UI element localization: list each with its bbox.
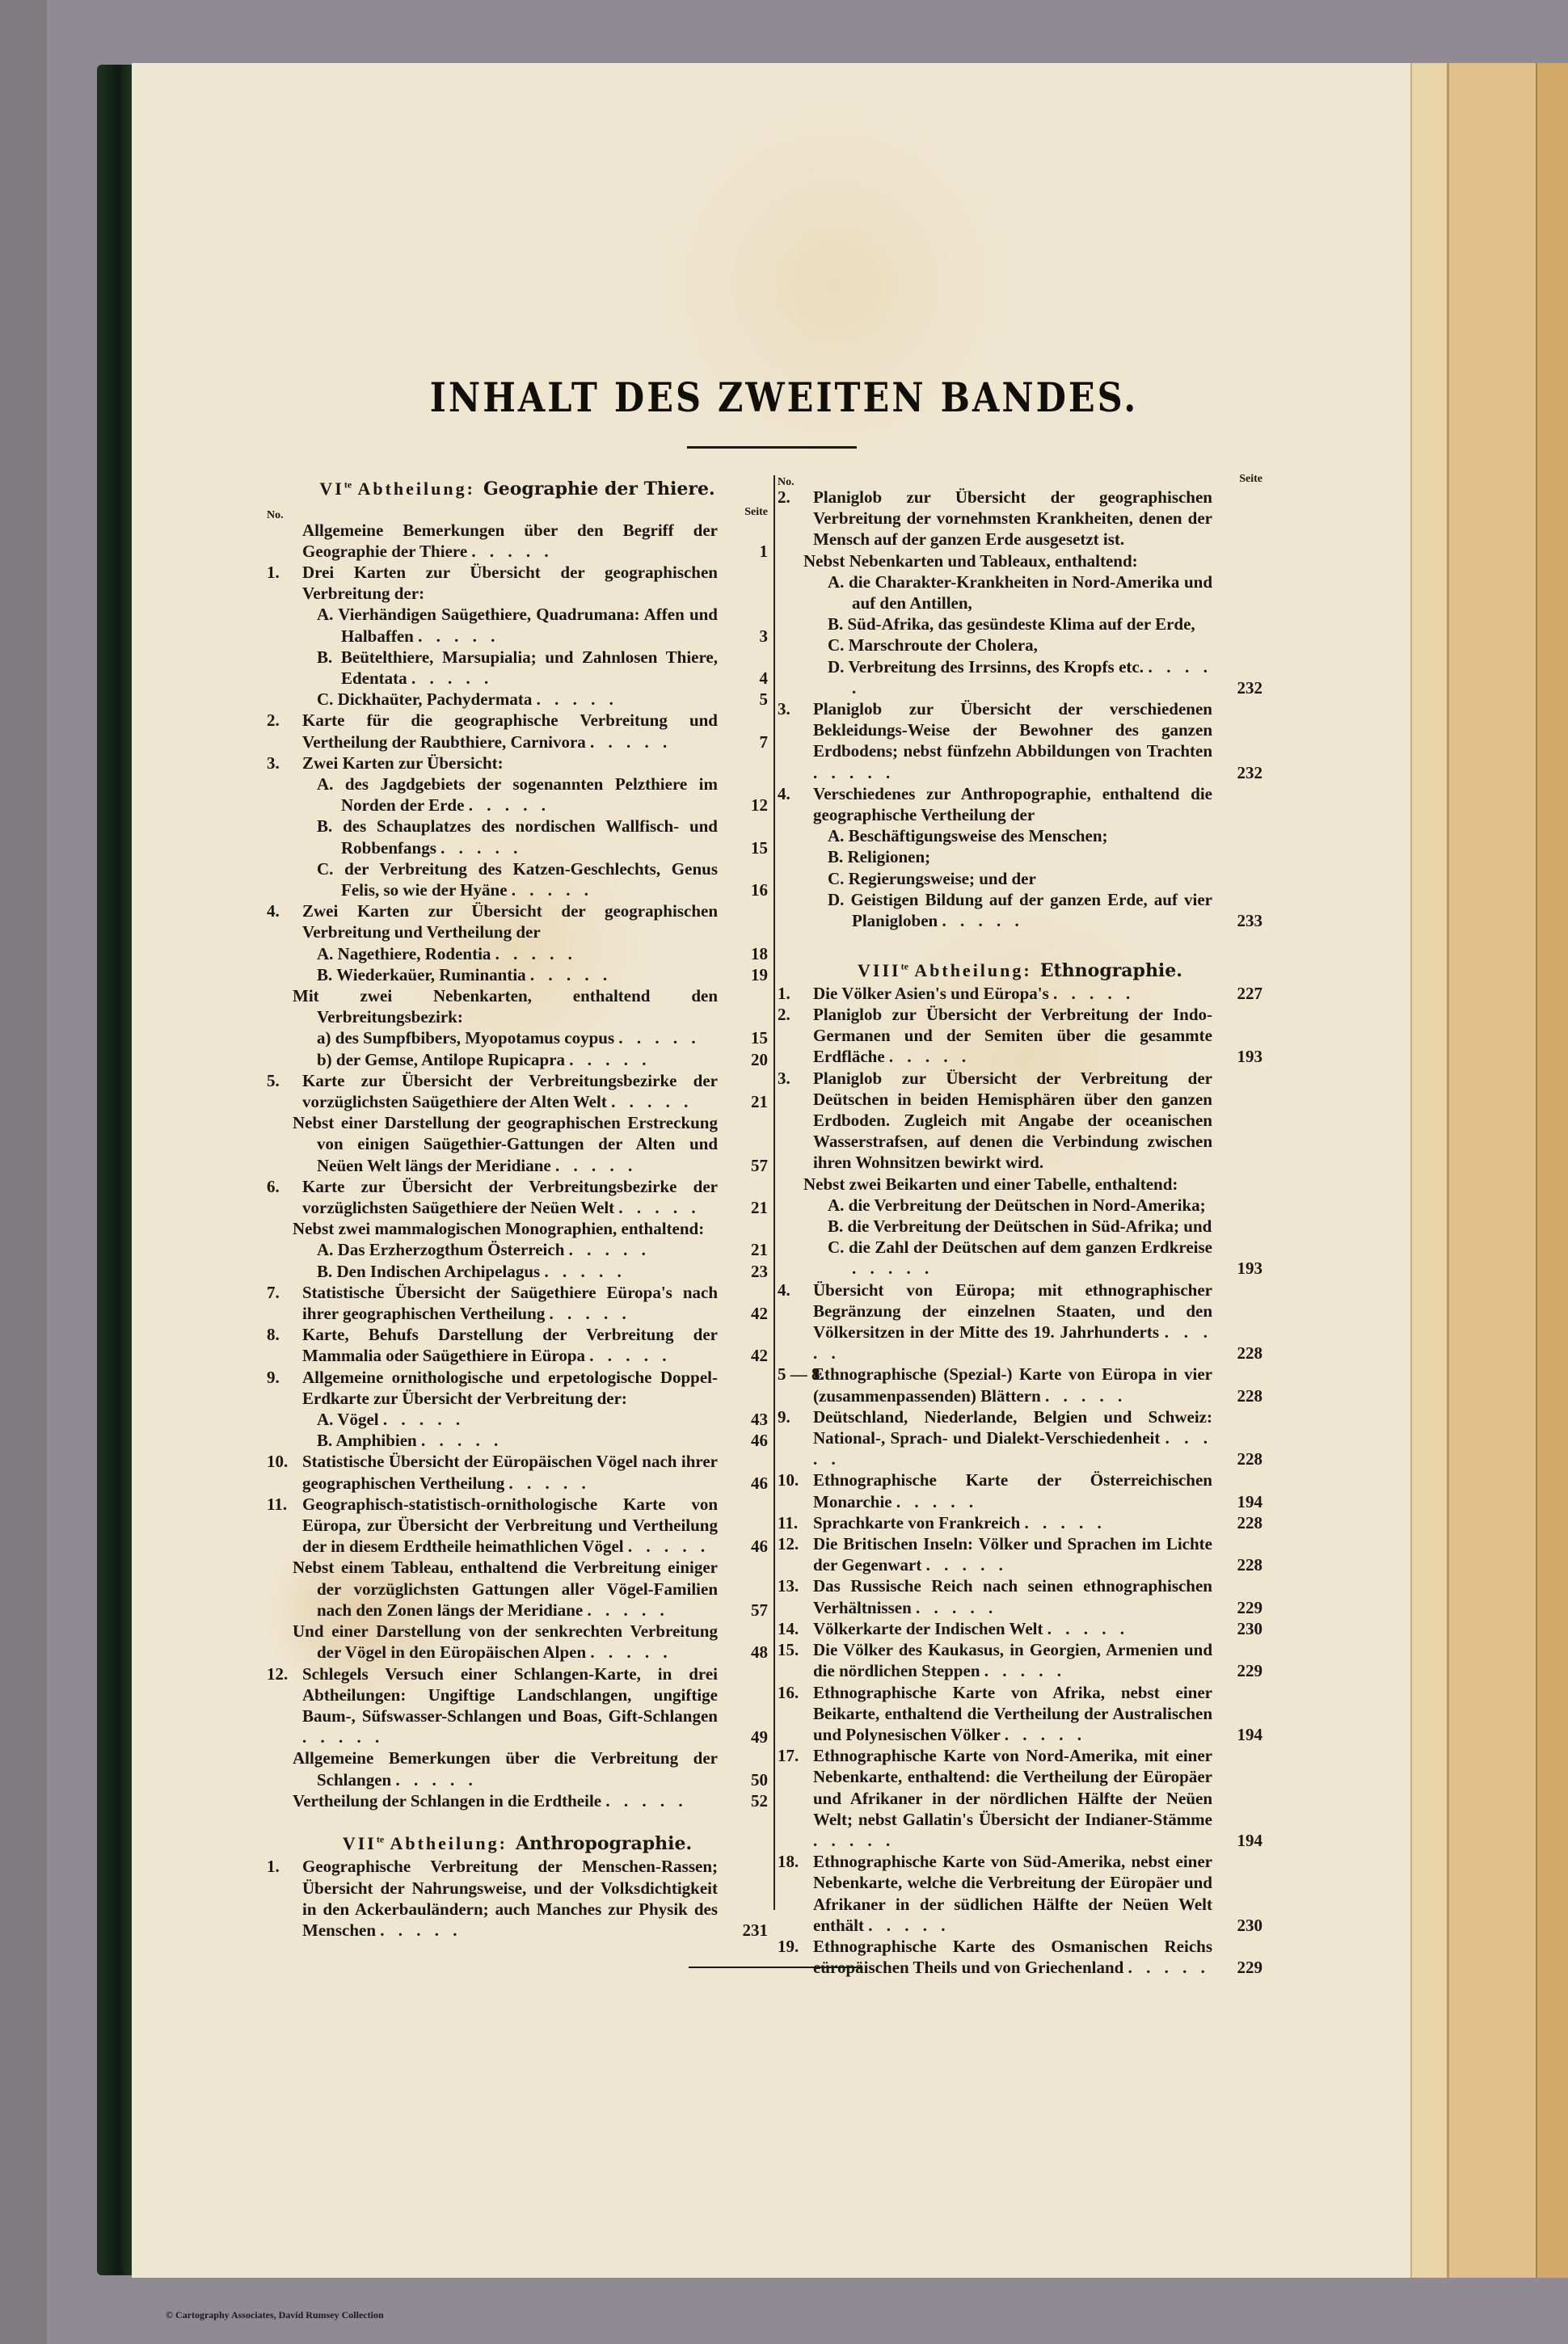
toc-entry: 3.Planiglob zur Übersicht der verschiede… [778,698,1262,783]
entry-text: a) des Sumpfbibers, Myopotamus coypus . … [267,1027,718,1048]
section-ordinal: VI [319,478,344,499]
entry-number: 16. [778,1682,799,1703]
entry-page-number: 194 [1217,1491,1262,1512]
entry-page-number: 57 [723,1155,768,1176]
entry-text: Statistische Übersicht der Saügethiere E… [267,1282,718,1324]
entry-text: Nebst zwei mammalogischen Monographien, … [267,1218,718,1239]
leader-dots: . . . . . [590,1642,672,1662]
toc-entry: 4.Übersicht von Eüropa; mit ethnographis… [778,1280,1262,1364]
entry-text: Verschiedenes zur Anthropographie, entha… [778,783,1212,825]
entry-page-number: 52 [723,1790,768,1811]
entry-text: Karte für die geographische Verbreitung … [267,710,718,752]
leader-dots: . . . . . [926,1555,1008,1575]
entry-text: Zwei Karten zur Übersicht der geographis… [267,900,718,942]
toc-entry: 7.Statistische Übersicht der Saügethiere… [267,1282,768,1324]
leader-dots: . . . . . [1128,1958,1210,1977]
toc-entry: 3.Planiglob zur Übersicht der Verbreitun… [778,1068,1262,1174]
entry-text: Karte zur Übersicht der Verbreitungsbezi… [267,1176,718,1218]
entry-text: C. der Verbreitung des Katzen-Geschlecht… [267,858,718,900]
entry-number: 9. [778,1406,790,1427]
toc-entry: 2.Karte für die geographische Verbreitun… [267,710,768,752]
toc-entry: Nebst einem Tableau, enthaltend die Verb… [267,1557,768,1621]
leader-dots: . . . . . [421,1431,503,1450]
toc-entry: 4.Zwei Karten zur Übersicht der geograph… [267,900,768,942]
entry-page-number: 46 [723,1473,768,1494]
leader-dots: . . . . . [1045,1386,1127,1406]
entry-text: Planiglob zur Übersicht der geographisch… [778,487,1212,550]
entry-page-number: 194 [1217,1724,1262,1745]
section-name: Ethnographie. [1040,960,1182,981]
entry-page-number: 232 [1217,677,1262,698]
toc-entry: 9.Deütschland, Niederlande, Belgien und … [778,1406,1262,1470]
leader-dots: . . . . . [590,732,672,752]
toc-entry: 2.Planiglob zur Übersicht der geographis… [778,487,1262,550]
entry-number: 1. [267,1856,280,1877]
entry-page-number: 229 [1217,1597,1262,1618]
entry-page-number: 12 [723,795,768,816]
section-label: Abtheilung: [357,478,474,499]
toc-entry: B. Den Indischen Archipelagus . . . . .2… [267,1261,768,1282]
leader-dots: . . . . . [852,657,1212,698]
entry-text: Geographisch-statistisch-ornithologische… [267,1494,718,1558]
entry-number: 11. [267,1494,287,1515]
entry-number: 12. [778,1533,799,1554]
entry-number: 13. [778,1575,799,1596]
leader-dots: . . . . . [440,838,522,858]
leader-dots: . . . . . [509,1473,591,1493]
entry-page-number: 233 [1217,910,1262,931]
entry-page-number: 7 [723,731,768,753]
toc-entry: A. Vögel . . . . .43 [267,1409,768,1430]
toc-entry: C. Regierungsweise; und der [778,868,1262,889]
entry-text: Deütschland, Niederlande, Belgien und Sc… [778,1406,1212,1470]
toc-entry: 8.Karte, Behufs Darstellung der Verbreit… [267,1324,768,1366]
ordinal-suffix: te [377,1834,384,1845]
entry-page-number: 230 [1217,1915,1262,1936]
entry-page-number: 229 [1217,1660,1262,1681]
leader-dots: . . . . . [628,1537,710,1556]
toc-entry: 2.Planiglob zur Übersicht der Verbreitun… [778,1004,1262,1068]
toc-entry: C. Marschroute der Cholera, [778,634,1262,656]
leader-dots: . . . . . [852,1258,934,1278]
entry-page-number: 19 [723,964,768,985]
entry-text: Geographische Verbreitung der Menschen-R… [267,1856,718,1941]
entry-number: 3. [778,698,790,719]
entry-number: 6. [267,1176,280,1197]
leader-dots: . . . . . [495,944,577,963]
entry-page-number: 21 [723,1239,768,1260]
entry-text: Vertheilung der Schlangen in die Erdthei… [267,1790,718,1811]
toc-entry: A. Beschäftigungsweise des Menschen; [778,825,1262,846]
entry-number: 4. [778,1280,790,1301]
entry-text: Und einer Darstellung von der senkrechte… [267,1621,718,1663]
leader-dots: . . . . . [569,1050,651,1069]
toc-entry: 18.Ethnographische Karte von Süd-Amerika… [778,1851,1262,1936]
entry-number: 4. [267,900,280,921]
entry-text: D. Geistigen Bildung auf der ganzen Erde… [778,889,1212,931]
entry-number: 1. [267,562,280,583]
entry-text: Mit zwei Nebenkarten, enthaltend den Ver… [267,985,718,1027]
entry-page-number: 46 [723,1430,768,1451]
column-header: No. Seite [267,502,768,520]
entry-page-number: 229 [1217,1957,1262,1978]
toc-entry: B. Wiederkaüer, Ruminantia . . . . .19 [267,964,768,985]
toc-entry: Allgemeine Bemerkungen über den Begriff … [267,520,768,562]
entry-number: 4. [778,783,790,804]
toc-entry: B. Amphibien . . . . .46 [267,1430,768,1451]
toc-column-left: VIte Abtheilung:Geographie der Thiere. N… [267,471,768,1941]
toc-entry: Nebst zwei Beikarten und einer Tabelle, … [778,1174,1262,1195]
entry-number: 14. [778,1618,799,1639]
entry-text: Das Russische Reich nach seinen ethnogra… [778,1575,1212,1617]
entry-number: 11. [778,1512,798,1533]
leader-dots: . . . . . [605,1791,687,1811]
toc-entry: Allgemeine Bemerkungen über die Verbreit… [267,1747,768,1790]
entry-page-number: 20 [723,1049,768,1070]
entry-number: 18. [778,1851,799,1872]
section-ordinal: VII [343,1833,377,1853]
toc-entry: Und einer Darstellung von der senkrechte… [267,1621,768,1663]
entry-text: Ethnographische (Spezial-) Karte von Eür… [778,1364,1212,1406]
toc-entry: 11.Sprachkarte von Frankreich . . . . .2… [778,1512,1262,1533]
toc-entry: A. Vierhändigen Saügethiere, Quadrumana:… [267,604,768,646]
toc-entry: Nebst zwei mammalogischen Monographien, … [267,1218,768,1239]
entry-page-number: 3 [723,626,768,647]
entry-text: Zwei Karten zur Übersicht: [267,753,718,774]
toc-entry: A. Das Erzherzogthum Österreich . . . . … [267,1239,768,1260]
entry-text: C. Regierungsweise; und der [778,868,1212,889]
toc-entry: 10.Statistische Übersicht der Eüropäisch… [267,1451,768,1493]
entry-number: 15. [778,1639,799,1660]
entry-text: Planiglob zur Übersicht der Verbreitung … [778,1004,1212,1068]
toc-entry: 14.Völkerkarte der Indischen Welt . . . … [778,1618,1262,1639]
toc-entry: A. Nagethiere, Rodentia . . . . .18 [267,943,768,964]
entry-number: 19. [778,1936,799,1957]
entry-text: Nebst zwei Beikarten und einer Tabelle, … [778,1174,1212,1195]
toc-entry: Vertheilung der Schlangen in die Erdthei… [267,1790,768,1811]
entry-number: 2. [267,710,280,731]
entry-number: 5. [267,1070,280,1091]
leader-dots: . . . . . [1025,1513,1106,1532]
entry-text: B. die Verbreitung der Deütschen in Süd-… [778,1216,1212,1237]
entry-page-number: 15 [723,837,768,858]
ordinal-suffix: te [901,960,908,972]
leader-dots: . . . . . [618,1198,700,1217]
leader-dots: . . . . . [813,763,895,782]
leader-dots: . . . . . [896,1492,978,1511]
entry-text: Ethnographische Karte von Süd-Amerika, n… [778,1851,1212,1936]
leader-dots: . . . . . [512,880,593,900]
entry-text: Ethnographische Karte des Osmanischen Re… [778,1936,1212,1978]
entry-number: 10. [267,1451,288,1472]
entry-number: 5 — 8. [778,1364,824,1385]
entry-text: Ethnographische Karte von Nord-Amerika, … [778,1745,1212,1851]
toc-entry: 17.Ethnographische Karte von Nord-Amerik… [778,1745,1262,1851]
leader-dots: . . . . . [942,911,1023,930]
toc-entry: 12.Die Britischen Inseln: Völker und Spr… [778,1533,1262,1575]
toc-entry: 9.Allgemeine ornithologische und erpetol… [267,1367,768,1409]
entry-number: 12. [267,1663,288,1684]
entry-page-number: 193 [1217,1046,1262,1067]
entry-number: 3. [778,1068,790,1089]
toc-entry: 11.Geographisch-statistisch-ornithologis… [267,1494,768,1558]
entry-page-number: 42 [723,1345,768,1366]
entry-number: 17. [778,1745,799,1766]
toc-column-right: No. Seite 2.Planiglob zur Übersicht der … [778,469,1262,1978]
entry-text: Die Völker des Kaukasus, in Georgien, Ar… [778,1639,1212,1681]
entry-page-number: 228 [1217,1343,1262,1364]
entry-text: B. Wiederkaüer, Ruminantia . . . . . [267,964,718,985]
section-name: Anthropographie. [516,1833,692,1854]
section-heading-viii: VIIIte Abtheilung:Ethnographie. [778,955,1262,981]
leader-dots: . . . . . [1053,984,1135,1003]
entry-page-number: 49 [723,1726,768,1747]
entry-number: 9. [267,1367,280,1388]
toc-entry: B. des Schauplatzes des nordischen Wallf… [267,816,768,858]
entry-page-number: 231 [723,1920,768,1941]
entry-number: 7. [267,1282,280,1303]
toc-entries-viii: 1.Die Völker Asien's und Eüropa's . . . … [778,983,1262,1979]
entry-text: A. Vögel . . . . . [267,1409,718,1430]
entry-text: A. die Verbreitung der Deütschen in Nord… [778,1195,1212,1216]
leader-dots: . . . . . [889,1047,971,1066]
toc-entry: 12.Schlegels Versuch einer Schlangen-Kar… [267,1663,768,1748]
entry-page-number: 228 [1217,1554,1262,1575]
toc-entry: Nebst Nebenkarten und Tableaux, enthalte… [778,550,1262,571]
entry-text: Allgemeine ornithologische und erpetolog… [267,1367,718,1409]
leader-dots: . . . . . [813,1831,895,1850]
entry-page-number: 57 [723,1600,768,1621]
entry-text: Karte zur Übersicht der Verbreitungsbezi… [267,1070,718,1112]
entry-text: Nebst einer Darstellung der geographisch… [267,1112,718,1176]
toc-entry: 5 — 8.Ethnographische (Spezial-) Karte v… [778,1364,1262,1406]
toc-entry: 5.Karte zur Übersicht der Verbreitungsbe… [267,1070,768,1112]
leader-dots: . . . . . [868,1916,950,1935]
entry-page-number: 228 [1217,1512,1262,1533]
leader-dots: . . . . . [302,1727,384,1747]
toc-entry: B. Süd-Afrika, das gesündeste Klima auf … [778,613,1262,634]
entry-page-number: 16 [723,879,768,900]
toc-entries-vi: Allgemeine Bemerkungen über den Begriff … [267,520,768,1811]
entry-text: Übersicht von Eüropa; mit ethnographisch… [778,1280,1212,1364]
leader-dots: . . . . . [550,1304,631,1323]
entry-text: Planiglob zur Übersicht der Verbreitung … [778,1068,1212,1174]
entry-page-number: 46 [723,1536,768,1557]
entry-page-number: 194 [1217,1830,1262,1851]
leader-dots: . . . . . [587,1600,668,1620]
toc-entry: C. der Verbreitung des Katzen-Geschlecht… [267,858,768,900]
entry-page-number: 21 [723,1091,768,1112]
entry-text: C. die Zahl der Deütschen auf dem ganzen… [778,1237,1212,1279]
section-heading-vii: VIIte Abtheilung:Anthropographie. [267,1829,768,1855]
toc-entry: 3.Zwei Karten zur Übersicht: [267,753,768,774]
leader-dots: . . . . . [469,795,550,815]
section-label: Abtheilung: [390,1833,507,1853]
entry-page-number: 228 [1217,1385,1262,1406]
leader-dots: . . . . . [380,1920,462,1940]
toc-entry: Mit zwei Nebenkarten, enthaltend den Ver… [267,985,768,1027]
entry-text: A. Nagethiere, Rodentia . . . . . [267,943,718,964]
leader-dots: . . . . . [471,542,553,561]
copyright-credit: © Cartography Associates, David Rumsey C… [166,2309,384,2321]
entry-page-number: 193 [1217,1258,1262,1279]
leader-dots: . . . . . [589,1346,671,1365]
toc-entry: A. des Jagdgebiets der sogenannten Pelzt… [267,774,768,816]
entry-number: 10. [778,1469,799,1490]
entry-text: B. des Schauplatzes des nordischen Wallf… [267,816,718,858]
toc-entry: B. die Verbreitung der Deütschen in Süd-… [778,1216,1262,1237]
entry-text: A. Das Erzherzogthum Österreich . . . . … [267,1239,718,1260]
entry-text: B. Süd-Afrika, das gesündeste Klima auf … [778,613,1212,634]
entry-text: Planiglob zur Übersicht der verschiedene… [778,698,1212,783]
entry-page-number: 43 [723,1409,768,1430]
toc-entry: 4.Verschiedenes zur Anthropographie, ent… [778,783,1262,825]
entry-page-number: 18 [723,943,768,964]
entry-text: Statistische Übersicht der Eüropäischen … [267,1451,718,1493]
entry-text: A. Vierhändigen Saügethiere, Quadrumana:… [267,604,718,646]
toc-entry: 10.Ethnographische Karte der Österreichi… [778,1469,1262,1511]
toc-entry: 6.Karte zur Übersicht der Verbreitungsbe… [267,1176,768,1218]
entry-text: Allgemeine Bemerkungen über die Verbreit… [267,1747,718,1790]
entry-text: Nebst Nebenkarten und Tableaux, enthalte… [778,550,1212,571]
leader-dots: . . . . . [569,1240,651,1259]
entry-text: Ethnographische Karte der Österreichisch… [778,1469,1212,1511]
entry-page-number: 228 [1217,1448,1262,1469]
leader-dots: . . . . . [544,1262,626,1281]
entry-text: A. des Jagdgebiets der sogenannten Pelzt… [267,774,718,816]
entry-page-number: 23 [723,1261,768,1282]
leader-dots: . . . . . [916,1598,997,1617]
leader-dots: . . . . . [555,1156,637,1175]
entry-number: 2. [778,487,790,508]
toc-entry: A. die Charakter-Krankheiten in Nord-Ame… [778,571,1262,613]
entry-text: Allgemeine Bemerkungen über den Begriff … [267,520,718,562]
entry-page-number: 232 [1217,762,1262,783]
column-divider [773,475,775,1910]
toc-entry: B. Religionen; [778,846,1262,867]
entry-text: Drei Karten zur Übersicht der geographis… [267,562,718,604]
toc-entry: Nebst einer Darstellung der geographisch… [267,1112,768,1176]
toc-entry: 1.Geographische Verbreitung der Menschen… [267,1856,768,1941]
entry-number: 1. [778,983,790,1004]
entry-number: 3. [267,753,280,774]
leader-dots: . . . . . [530,965,612,984]
entry-page-number: 42 [723,1303,768,1324]
section-heading-vi: VIte Abtheilung:Geographie der Thiere. [267,474,768,500]
entry-page-number: 50 [723,1769,768,1790]
entry-page-number: 1 [723,541,768,562]
toc-entry: b) der Gemse, Antilope Rupicapra . . . .… [267,1049,768,1070]
leader-dots: . . . . . [984,1661,1066,1680]
leader-dots: . . . . . [411,668,493,688]
leader-dots: . . . . . [395,1770,477,1790]
entry-text: Schlegels Versuch einer Schlangen-Karte,… [267,1663,718,1748]
toc-entries-vii-start: 1.Geographische Verbreitung der Menschen… [267,1856,768,1941]
entry-page-number: 230 [1217,1618,1262,1639]
toc-entry: D. Geistigen Bildung auf der ganzen Erde… [778,889,1262,931]
toc-entry: 15.Die Völker des Kaukasus, in Georgien,… [778,1639,1262,1681]
section-label: Abtheilung: [914,960,1031,980]
ordinal-suffix: te [344,479,352,491]
section-ordinal: VIII [858,960,901,980]
entry-text: b) der Gemse, Antilope Rupicapra . . . .… [267,1049,718,1070]
toc-entry: D. Verbreitung des Irrsinns, des Kropfs … [778,656,1262,698]
toc-entry: C. die Zahl der Deütschen auf dem ganzen… [778,1237,1262,1279]
toc-entry: B. Beütelthiere, Marsupialia; und Zahnlo… [267,647,768,689]
entry-text: Die Britischen Inseln: Völker und Sprach… [778,1533,1212,1575]
entry-text: Die Völker Asien's und Eüropa's . . . . … [778,983,1212,1004]
toc-entry: a) des Sumpfbibers, Myopotamus coypus . … [267,1027,768,1048]
toc-entry: 13.Das Russische Reich nach seinen ethno… [778,1575,1262,1617]
entry-text: B. Amphibien . . . . . [267,1430,718,1451]
entry-text: B. Beütelthiere, Marsupialia; und Zahnlo… [267,647,718,689]
section-name: Geographie der Thiere. [483,478,715,500]
entry-text: C. Dickhaüter, Pachydermata . . . . . [267,689,718,710]
entry-number: 8. [267,1324,280,1345]
entry-text: Nebst einem Tableau, enthaltend die Verb… [267,1557,718,1621]
leader-dots: . . . . . [1005,1725,1086,1744]
entry-page-number: 4 [723,668,768,689]
leader-dots: . . . . . [418,626,499,646]
title-rule [687,446,857,449]
entry-page-number: 5 [723,689,768,710]
page-title: INHALT DES ZWEITEN BANDES. [0,375,1568,422]
entry-text: Völkerkarte der Indischen Welt . . . . . [778,1618,1212,1639]
entry-text: D. Verbreitung des Irrsinns, des Kropfs … [778,656,1212,698]
column-header: No. Seite [778,469,1262,487]
entry-text: A. Beschäftigungsweise des Menschen; [778,825,1212,846]
toc-entry: 1.Drei Karten zur Übersicht der geograph… [267,562,768,604]
leader-dots: . . . . . [813,1428,1212,1469]
leader-dots: . . . . . [813,1322,1212,1363]
entry-page-number: 15 [723,1027,768,1048]
toc-entry: C. Dickhaüter, Pachydermata . . . . .5 [267,689,768,710]
entry-page-number: 48 [723,1642,768,1663]
leader-dots: . . . . . [537,689,618,709]
entry-text: C. Marschroute der Cholera, [778,634,1212,656]
leader-dots: . . . . . [383,1410,465,1429]
entry-text: A. die Charakter-Krankheiten in Nord-Ame… [778,571,1212,613]
entry-text: Sprachkarte von Frankreich . . . . . [778,1512,1212,1533]
toc-entry: 16.Ethnographische Karte von Afrika, neb… [778,1682,1262,1746]
leader-dots: . . . . . [618,1028,700,1048]
entry-text: B. Den Indischen Archipelagus . . . . . [267,1261,718,1282]
entry-text: Karte, Behufs Darstellung der Verbreitun… [267,1324,718,1366]
closing-rule [689,1967,862,1968]
entry-page-number: 21 [723,1197,768,1218]
leader-dots: . . . . . [1047,1619,1129,1638]
entry-number: 2. [778,1004,790,1025]
toc-entries-vii-cont: 2.Planiglob zur Übersicht der geographis… [778,487,1262,931]
toc-entry: A. die Verbreitung der Deütschen in Nord… [778,1195,1262,1216]
entry-text: B. Religionen; [778,846,1212,867]
toc-entry: 19.Ethnographische Karte des Osmanischen… [778,1936,1262,1978]
toc-entry: 1.Die Völker Asien's und Eüropa's . . . … [778,983,1262,1004]
leader-dots: . . . . . [611,1092,693,1111]
entry-text: Ethnographische Karte von Afrika, nebst … [778,1682,1212,1746]
entry-page-number: 227 [1217,983,1262,1004]
